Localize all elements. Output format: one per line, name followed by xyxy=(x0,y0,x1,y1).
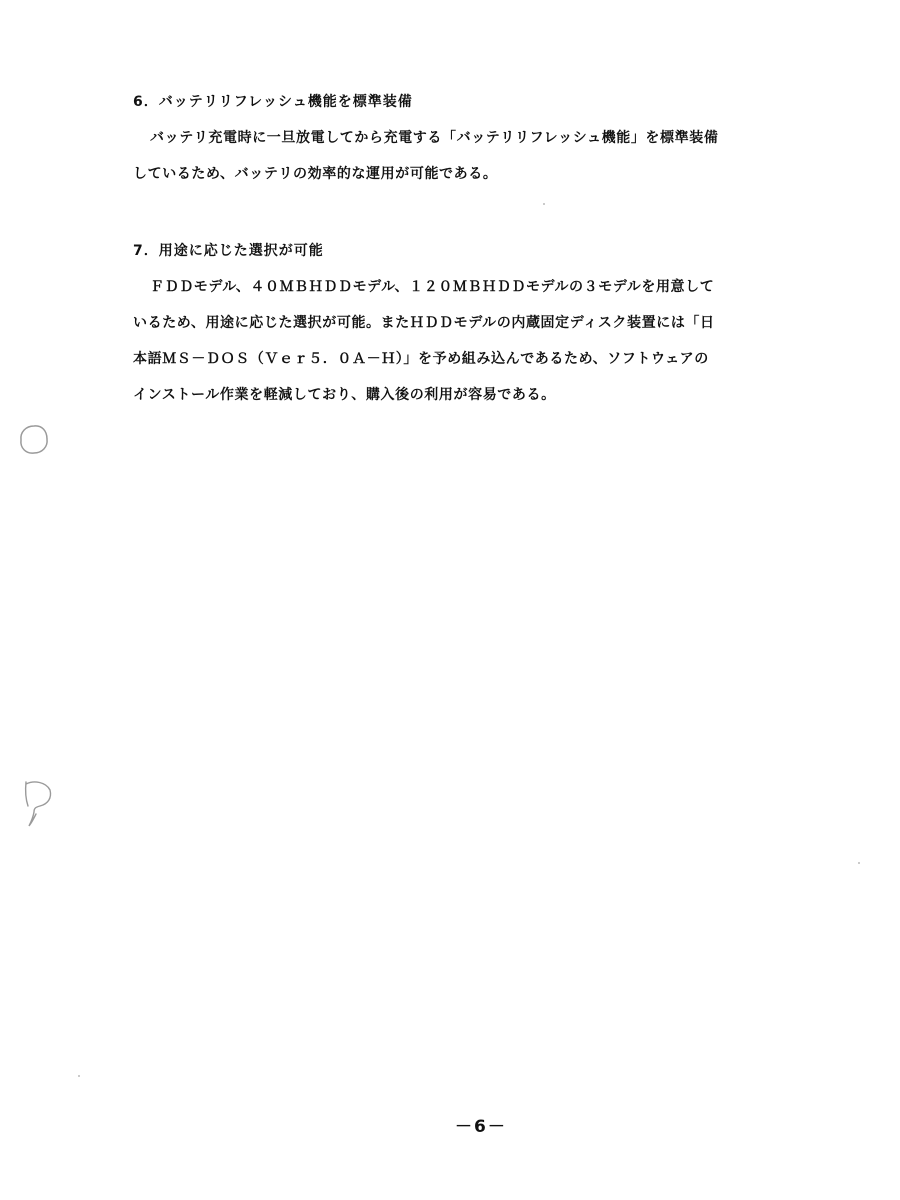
section-6-line-1: バッテリ充電時に一旦放電してから充電する「バッテリリフレッシュ機能」を標準装備 xyxy=(150,127,718,147)
section-7-line-4: インストール作業を軽減しており、購入後の利用が容易である。 xyxy=(133,384,556,404)
scan-speck xyxy=(858,862,860,864)
pencil-scribble-mark-icon xyxy=(14,772,58,832)
scan-speck xyxy=(543,203,545,205)
section-7-line-3: 本語ＭＳ－ＤＯＳ（Ｖｅｒ５．０Ａ－Ｈ）」を予め組み込んであるため、ソフトウェアの xyxy=(133,348,709,368)
section-6-line-2: しているため、バッテリの効率的な運用が可能である。 xyxy=(133,163,497,183)
page-number: －6－ xyxy=(455,1112,507,1137)
section-7-line-1: ＦＤＤモデル、４０ＭＢＨＤＤモデル、１２０ＭＢＨＤＤモデルの３モデルを用意して xyxy=(150,276,714,296)
pencil-circle-mark-icon xyxy=(14,420,54,460)
document-page: 6．バッテリリフレッシュ機能を標準装備 バッテリ充電時に一旦放電してから充電する… xyxy=(0,0,900,1200)
section-7-heading: 7．用途に応じた選択が可能 xyxy=(133,240,324,260)
scan-speck xyxy=(78,1075,80,1077)
section-7-line-2: いるため、用途に応じた選択が可能。またＨＤＤモデルの内蔵固定ディスク装置には「日 xyxy=(133,312,715,332)
section-6-heading: 6．バッテリリフレッシュ機能を標準装備 xyxy=(133,91,413,111)
